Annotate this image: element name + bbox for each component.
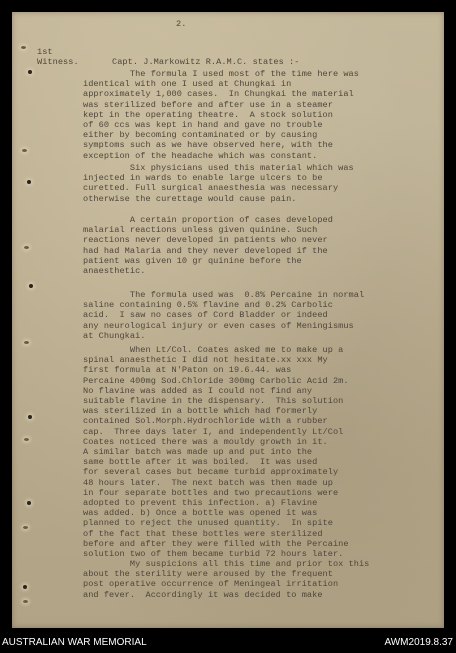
text-line: of the fact that these bottles were ster…: [83, 529, 323, 539]
witness-label: 1st Witness.: [37, 47, 79, 67]
text-line: for several cases but became turbid appr…: [83, 467, 338, 477]
punch-hole-mark: [22, 149, 27, 152]
text-line: symptoms such as we have observed here, …: [83, 140, 333, 150]
text-line: Six physicians used this material which …: [83, 163, 354, 173]
text-line: Coates noticed there was a mouldy growth…: [83, 437, 328, 447]
text-line: curetted. Full surgical anaesthesia was …: [83, 183, 338, 193]
text-line: of 60 ccs was kept in hand and gave no t…: [83, 120, 323, 130]
text-line: malarial reactions unless given quinine.…: [83, 225, 317, 235]
punch-hole-mark: [23, 526, 28, 529]
page-number: 2.: [176, 19, 186, 29]
text-line: and fever. Accordingly it was decided to…: [83, 590, 323, 600]
text-line: in four separate bottles and two precaut…: [83, 488, 338, 498]
text-line: suitable flavine in the dispensary. This…: [83, 396, 343, 406]
text-line: My suspicions all this time and prior to…: [83, 559, 369, 569]
text-line: No flavine was added as I could not find…: [83, 386, 312, 396]
text-line: had had Malaria and they never developed…: [83, 246, 328, 256]
text-line: saline containing 0.5% flavine and 0.2% …: [83, 300, 333, 310]
text-line: was sterilized before and after use in a…: [83, 100, 333, 110]
statement-paragraph: The formula I used most of the time here…: [83, 69, 359, 161]
institution-credit: AUSTRALIAN WAR MEMORIAL: [2, 637, 147, 649]
text-line: A certain proportion of cases developed: [83, 215, 333, 225]
punch-hole-mark: [21, 46, 26, 49]
text-line: A similar batch was made up and put into…: [83, 447, 312, 457]
text-line: acid. I saw no cases of Cord Bladder or …: [83, 310, 328, 320]
punch-hole-mark: [28, 70, 32, 74]
text-line: patient was given 10 gr quinine before t…: [83, 256, 302, 266]
text-line: was sterilized in a bottle which had for…: [83, 406, 317, 416]
punch-hole-mark: [23, 585, 27, 589]
text-line: Percaine 400mg Sod.Chloride 300mg Carbol…: [83, 376, 349, 386]
text-line: otherwise the curettage would cause pain…: [83, 194, 297, 204]
statement-paragraph: Six physicians used this material which …: [83, 163, 354, 204]
text-line: anaesthetic.: [83, 266, 146, 276]
statement-paragraph: My suspicions all this time and prior to…: [83, 559, 369, 600]
punch-hole-mark: [27, 180, 31, 184]
text-line: first formula at N'Paton on 19.6.44. was: [83, 365, 291, 375]
text-line: cap. Three days later I, and independent…: [83, 427, 343, 437]
text-line: The formula used was 0.8% Percaine in no…: [83, 290, 364, 300]
statement-paragraph: The formula used was 0.8% Percaine in no…: [83, 290, 364, 341]
punch-hole-mark: [27, 501, 31, 505]
text-line: contained Sol.Morph.Hydrochloride with a…: [83, 416, 328, 426]
punch-hole-mark: [24, 341, 29, 344]
text-line: The formula I used most of the time here…: [83, 69, 359, 79]
statement-header: Capt. J.Markowitz R.A.M.C. states :-: [112, 57, 299, 67]
punch-hole-mark: [24, 246, 29, 249]
text-line: reactions never developed in patients wh…: [83, 235, 328, 245]
text-line: 48 hours later. The next batch was then …: [83, 478, 333, 488]
text-line: either by becoming contaminated or by ca…: [83, 130, 317, 140]
text-line: injected in wards to enable large ulcers…: [83, 173, 323, 183]
text-line: post operative occurrence of Meningeal i…: [83, 579, 338, 589]
text-line: any neurological injury or even cases of…: [83, 321, 354, 331]
text-line: kept in the operating theatre. A stock s…: [83, 110, 333, 120]
witness-label-ordinal: 1st: [37, 47, 53, 57]
text-line: approximately 1,000 cases. In Chungkai t…: [83, 89, 354, 99]
punch-hole-mark: [29, 284, 33, 288]
punch-hole-mark: [24, 438, 29, 441]
text-line: spinal anaesthetic I did not hesitate.xx…: [83, 355, 328, 365]
accession-number: AWM2019.8.37: [384, 637, 453, 649]
text-line: same bottle after it was boiled. It was …: [83, 457, 317, 467]
text-line: was added. b) Once a bottle was opened i…: [83, 508, 317, 518]
text-line: When Lt/Col. Coates asked me to make up …: [83, 345, 343, 355]
statement-paragraph: When Lt/Col. Coates asked me to make up …: [83, 345, 349, 559]
punch-hole-mark: [23, 600, 28, 603]
statement-paragraph: A certain proportion of cases developed …: [83, 215, 333, 276]
punch-hole-mark: [28, 415, 32, 419]
text-line: identical with one I used at Chungkai in: [83, 79, 291, 89]
text-line: exception of the headache which was cons…: [83, 151, 317, 161]
text-line: at Chungkai.: [83, 331, 146, 341]
text-line: solution two of them became turbid 72 ho…: [83, 549, 343, 559]
text-line: before and after they were filled with t…: [83, 539, 349, 549]
text-line: about the sterility were aroused by the …: [83, 569, 333, 579]
text-line: adopted to prevent this infection. a) Fl…: [83, 498, 317, 508]
text-line: planned to reject the unused quantity. I…: [83, 518, 333, 528]
witness-label-word: Witness.: [37, 57, 79, 67]
